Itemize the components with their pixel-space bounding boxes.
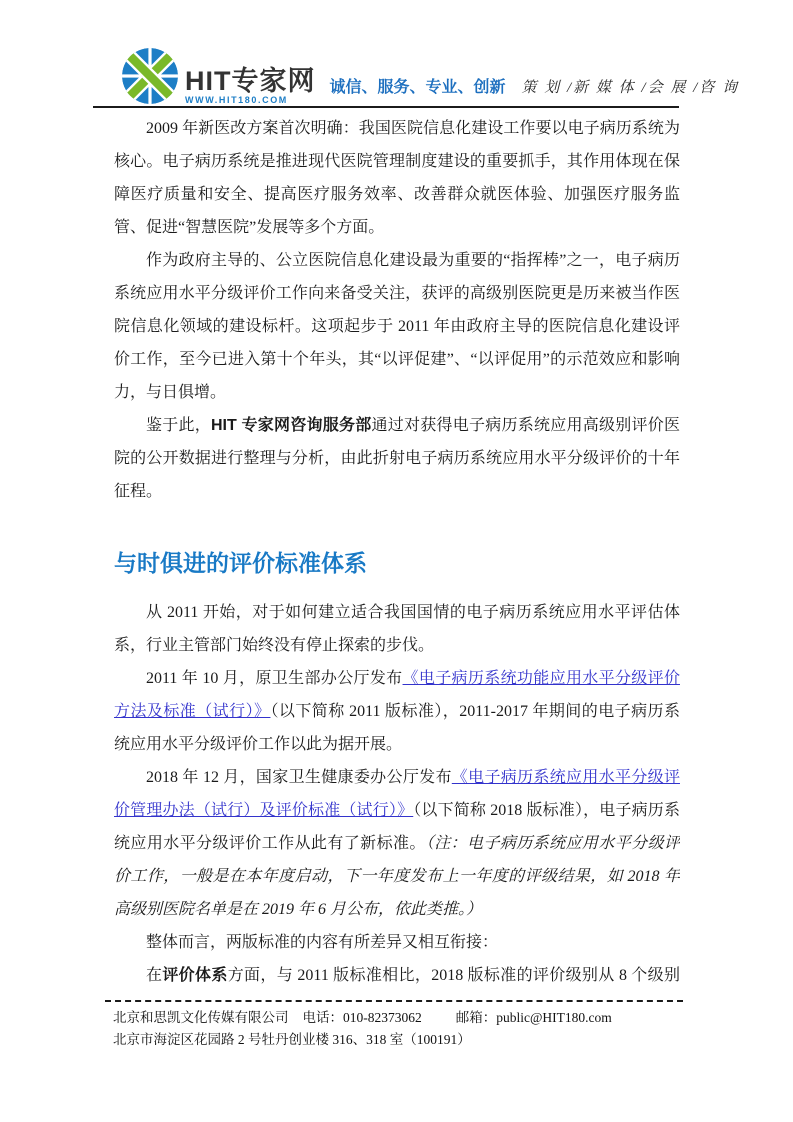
footer-phone: 010-82373062 — [343, 1010, 422, 1025]
paragraph-evaluation-system: 在评价体系方面，与 2011 版标准相比，2018 版标准的评价级别从 8 个级… — [114, 959, 680, 998]
slogan-services: 策 划 /新 媒 体 /会 展 /咨 询 — [522, 79, 740, 97]
footer-company: 北京和思凯文化传媒有限公司 — [113, 1010, 289, 1025]
paragraph-text: 作为政府主导的、公立医院信息化建设最为重要的“指挥棒”之一，电子病历系统应用水平… — [114, 252, 680, 401]
footer-phone-label: 电话： — [303, 1010, 344, 1025]
paragraph-comparison-lead: 整体而言，两版标准的内容有所差异又相互衔接： — [114, 926, 680, 959]
pinwheel-logo-icon — [121, 47, 179, 105]
paragraph-text: 鉴于此， — [146, 417, 211, 434]
footer-email-label: 邮箱： — [456, 1010, 497, 1025]
brand-name: HIT专家网 — [185, 67, 316, 95]
page-footer: 北京和思凯文化传媒有限公司电话：010-82373062邮箱：public@HI… — [105, 1000, 683, 1051]
paragraph-intro: 2009 年新医改方案首次明确：我国医院信息化建设工作要以电子病历系统为核心。电… — [114, 112, 680, 244]
article-body: 2009 年新医改方案首次明确：我国医院信息化建设工作要以电子病历系统为核心。电… — [114, 112, 680, 998]
section-heading: 与时俱进的评价标准体系 — [114, 548, 680, 579]
brand-url: WWW.HIT180.COM — [185, 95, 316, 105]
evaluation-system-bold: 评价体系 — [162, 967, 227, 984]
paragraph-2011-standard: 2011 年 10 月，原卫生部办公厅发布《电子病历系统功能应用水平分级评价方法… — [114, 662, 680, 761]
footer-address: 北京市海淀区花园路 2 号牡丹创业楼 316、318 室（100191） — [113, 1032, 471, 1047]
paragraph-exploration: 从 2011 开始，对于如何建立适合我国国情的电子病历系统应用水平评估体系，行业… — [114, 596, 680, 662]
paragraph-text: 2009 年新医改方案首次明确：我国医院信息化建设工作要以电子病历系统为核心。电… — [114, 120, 680, 236]
paragraph-text: 2011 年 10 月，原卫生部办公厅发布 — [146, 670, 403, 687]
paragraph-text: 2018 年 12 月，国家卫生健康委办公厅发布 — [146, 769, 452, 786]
paragraph-text: 从 2011 开始，对于如何建立适合我国国情的电子病历系统应用水平评估体系，行业… — [114, 604, 680, 654]
footer-contact-line: 北京和思凯文化传媒有限公司电话：010-82373062邮箱：public@HI… — [113, 1007, 683, 1029]
footer-address-line: 北京市海淀区花园路 2 号牡丹创业楼 316、318 室（100191） — [113, 1029, 683, 1051]
footer-email: public@HIT180.com — [496, 1010, 612, 1025]
dept-name-bold: HIT 专家网咨询服务部 — [211, 417, 371, 434]
paragraph-background: 作为政府主导的、公立医院信息化建设最为重要的“指挥棒”之一，电子病历系统应用水平… — [114, 244, 680, 409]
paragraph-purpose: 鉴于此，HIT 专家网咨询服务部通过对获得电子病历系统应用高级别评价医院的公开数… — [114, 409, 680, 508]
brand-block: HIT专家网 WWW.HIT180.COM — [185, 67, 316, 105]
paragraph-text: 整体而言，两版标准的内容有所差异又相互衔接： — [146, 934, 498, 951]
paragraph-2018-standard: 2018 年 12 月，国家卫生健康委办公厅发布《电子病历系统应用水平分级评价管… — [114, 761, 680, 926]
slogan-values: 诚信、服务、专业、创新 — [330, 79, 506, 97]
letterhead: HIT专家网 WWW.HIT180.COM 诚信、服务、专业、创新 策 划 /新… — [93, 42, 679, 108]
paragraph-text: 在 — [146, 967, 162, 984]
